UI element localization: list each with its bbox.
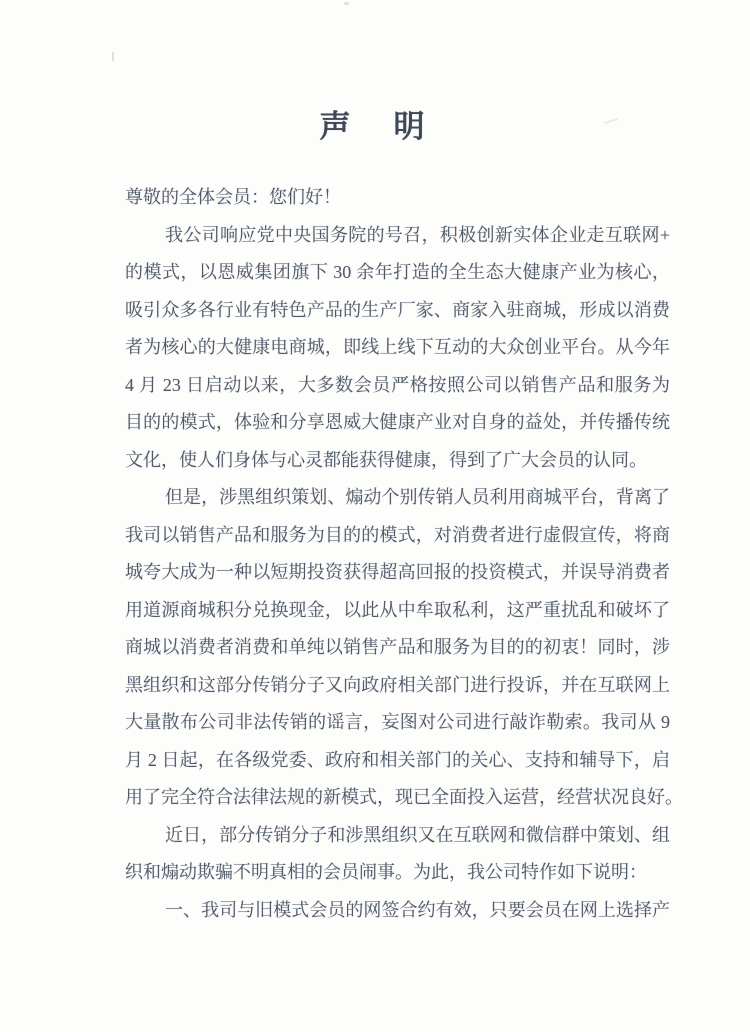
document-title: 声 明 <box>0 104 750 150</box>
text-line: 但是，涉黑组织策划、煽动个别传销人员利用商城平台，背离了 <box>125 479 670 517</box>
text-line: 织和煽动欺骗不明真相的会员闹事。为此，我公司特作如下说明： <box>125 854 670 892</box>
text-line: 黑组织和这部分传销分子又向政府相关部门进行投诉，并在互联网上 <box>125 667 670 705</box>
text-line: 目的的模式，体验和分享恩威大健康产业对自身的益处，并传播传统 <box>125 404 670 442</box>
text-line: 的模式，以恩威集团旗下 30 余年打造的全生态大健康产业为核心， <box>125 254 670 292</box>
paragraph: 但是，涉黑组织策划、煽动个别传销人员利用商城平台，背离了我司以销售产品和服务为目… <box>125 479 670 817</box>
text-line: 者为核心的大健康电商城，即线上线下互动的大众创业平台。从今年 <box>125 329 670 367</box>
text-line: 月 2 日起，在各级党委、政府和相关部门的关心、支持和辅导下，启 <box>125 742 670 780</box>
text-line: 近日，部分传销分子和涉黑组织又在互联网和微信群中策划、组 <box>125 817 670 855</box>
text-line: 文化，使人们身体与心灵都能获得健康，得到了广大会员的认同。 <box>125 442 670 480</box>
paragraphs-container: 我公司响应党中央国务院的号召，积极创新实体企业走互联网+的模式，以恩威集团旗下 … <box>125 217 670 930</box>
text-line: 我公司响应党中央国务院的号召，积极创新实体企业走互联网+ <box>125 217 670 255</box>
greeting-line: 尊敬的全体会员：您们好！ <box>125 179 670 217</box>
text-line: 吸引众多各行业有特色产品的生产厂家、商家入驻商城，形成以消费 <box>125 292 670 330</box>
text-line: 4 月 23 日启动以来，大多数会员严格按照公司以销售产品和服务为 <box>125 367 670 405</box>
document-body: 尊敬的全体会员：您们好！ 我公司响应党中央国务院的号召，积极创新实体企业走互联网… <box>125 179 670 929</box>
paragraph: 近日，部分传销分子和涉黑组织又在互联网和微信群中策划、组织和煽动欺骗不明真相的会… <box>125 817 670 892</box>
text-line: 一、我司与旧模式会员的网签合约有效，只要会员在网上选择产 <box>125 892 670 930</box>
paragraph: 一、我司与旧模式会员的网签合约有效，只要会员在网上选择产 <box>125 892 670 930</box>
scan-artifact <box>344 2 349 5</box>
paragraph: 我公司响应党中央国务院的号召，积极创新实体企业走互联网+的模式，以恩威集团旗下 … <box>125 217 670 480</box>
text-line: 城夸大成为一种以短期投资获得超高回报的投资模式，并误导消费者 <box>125 554 670 592</box>
text-line: 我司以销售产品和服务为目的的模式，对消费者进行虚假宣传，将商 <box>125 517 670 555</box>
text-line: 大量散布公司非法传销的谣言，妄图对公司进行敲诈勒索。我司从 9 <box>125 704 670 742</box>
text-line: 用了完全符合法律法规的新模式，现已全面投入运营，经营状况良好。 <box>125 779 670 817</box>
text-line: 用道源商城积分兑换现金，以此从中牟取私利，这严重扰乱和破坏了 <box>125 592 670 630</box>
scan-artifact <box>112 52 114 61</box>
document-page: 声 明 尊敬的全体会员：您们好！ 我公司响应党中央国务院的号召，积极创新实体企业… <box>0 0 750 1032</box>
text-line: 商城以消费者消费和单纯以销售产品和服务为目的的初衷！同时，涉 <box>125 629 670 667</box>
